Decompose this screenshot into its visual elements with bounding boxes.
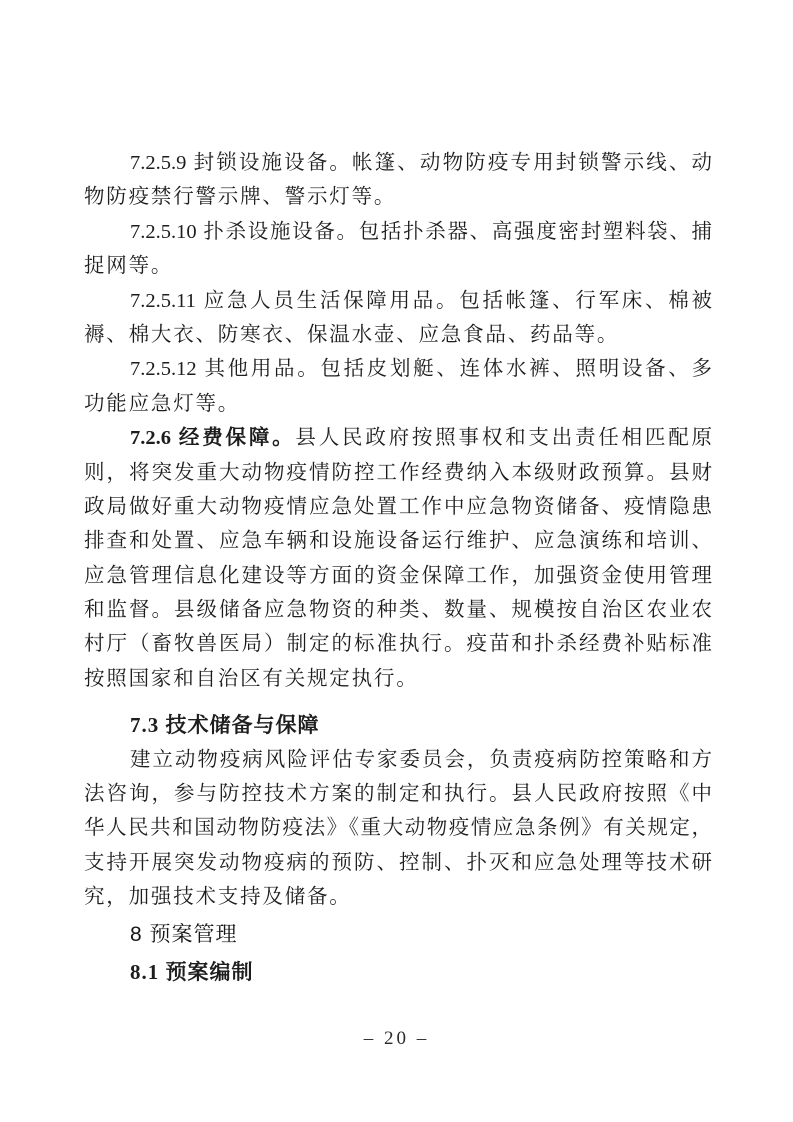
- text-segment: 按照国家和自治区有关规定执行。: [84, 668, 419, 690]
- text-line: 按照国家和自治区有关规定执行。: [84, 662, 712, 696]
- text-segment: 法咨询，参与防控技术方案的制定和执行。县人民政府按照《中: [84, 783, 712, 805]
- text-line: 物防疫禁行警示牌、警示灯等。: [84, 180, 712, 214]
- text-segment: 7.2.5.12 其他用品。包括皮划艇、连体水裤、照明设备、多: [130, 358, 712, 380]
- text-line: 7.2.5.9 封锁设施设备。帐篷、动物防疫专用封锁警示线、动: [84, 146, 712, 180]
- section-heading: 8 预案管理: [84, 918, 712, 952]
- text-segment: 县人民政府按照事权和支出责任相匹配原: [295, 427, 712, 449]
- text-segment: 7.2.5.11 应急人员生活保障用品。包括帐篷、行军床、棉被: [130, 290, 712, 312]
- text-line: 功能应急灯等。: [84, 387, 712, 421]
- text-segment: 村厅（畜牧兽医局）制定的标准执行。疫苗和扑杀经费补贴标准: [84, 633, 712, 655]
- text-line: 7.2.6 经费保障。县人民政府按照事权和支出责任相匹配原: [84, 421, 712, 455]
- text-segment: 政局做好重大动物疫情应急处置工作中应急物资储备、疫情隐患: [84, 496, 712, 518]
- text-line: 和监督。县级储备应急物资的种类、数量、规模按自治区农业农: [84, 593, 712, 627]
- bold-run-in-heading: 7.2.6 经费保障。: [130, 427, 295, 449]
- text-line: 8 预案管理: [84, 918, 712, 952]
- text-segment: 7.2.5.10 扑杀设施设备。包括扑杀器、高强度密封塑料袋、捕: [130, 221, 712, 243]
- text-segment: 则，将突发重大动物疫情防控工作经费纳入本级财政预算。县财: [84, 462, 712, 484]
- text-line: 村厅（畜牧兽医局）制定的标准执行。疫苗和扑杀经费补贴标准: [84, 627, 712, 661]
- text-segment: 功能应急灯等。: [84, 393, 240, 415]
- text-line: 8.1 预案编制: [84, 955, 712, 989]
- text-segment: 支持开展突发动物疫病的预防、控制、扑灭和应急处理等技术研: [84, 852, 712, 874]
- page-number: – 20 –: [364, 1028, 430, 1049]
- paragraph: 7.2.5.9 封锁设施设备。帐篷、动物防疫专用封锁警示线、动物防疫禁行警示牌、…: [84, 146, 712, 215]
- text-segment: 捉网等。: [84, 255, 173, 277]
- text-line: 则，将突发重大动物疫情防控工作经费纳入本级财政预算。县财: [84, 456, 712, 490]
- text-segment: 和监督。县级储备应急物资的种类、数量、规模按自治区农业农: [84, 599, 712, 621]
- text-segment: 8 预案管理: [130, 923, 238, 946]
- text-segment: 褥、棉大衣、防寒衣、保温水壶、应急食品、药品等。: [84, 324, 619, 346]
- text-line: 褥、棉大衣、防寒衣、保温水壶、应急食品、药品等。: [84, 318, 712, 352]
- text-segment: 建立动物疫病风险评估专家委员会，负责疫病防控策略和方: [130, 749, 712, 771]
- paragraph: 7.2.5.10 扑杀设施设备。包括扑杀器、高强度密封塑料袋、捕捉网等。: [84, 215, 712, 284]
- text-line: 7.2.5.10 扑杀设施设备。包括扑杀器、高强度密封塑料袋、捕: [84, 215, 712, 249]
- bold-run-in-heading: 7.3 技术储备与保障: [130, 713, 320, 737]
- paragraph: 7.2.5.12 其他用品。包括皮划艇、连体水裤、照明设备、多功能应急灯等。: [84, 352, 712, 421]
- text-line: 法咨询，参与防控技术方案的制定和执行。县人民政府按照《中: [84, 777, 712, 811]
- paragraph: 7.2.5.11 应急人员生活保障用品。包括帐篷、行军床、棉被褥、棉大衣、防寒衣…: [84, 284, 712, 353]
- text-segment: 究，加强技术支持及储备。: [84, 886, 352, 908]
- text-segment: 7.2.5.9 封锁设施设备。帐篷、动物防疫专用封锁警示线、动: [130, 152, 712, 174]
- text-line: 7.2.5.12 其他用品。包括皮划艇、连体水裤、照明设备、多: [84, 352, 712, 386]
- text-segment: 应急管理信息化建设等方面的资金保障工作，加强资金使用管理: [84, 565, 712, 587]
- text-segment: 物防疫禁行警示牌、警示灯等。: [84, 186, 396, 208]
- text-line: 政局做好重大动物疫情应急处置工作中应急物资储备、疫情隐患: [84, 490, 712, 524]
- bold-run-in-heading: 8.1 预案编制: [130, 960, 254, 984]
- text-line: 建立动物疫病风险评估专家委员会，负责疫病防控策略和方: [84, 743, 712, 777]
- section-heading: 8.1 预案编制: [84, 955, 712, 989]
- text-segment: 排查和处置、应急车辆和设施设备运行维护、应急演练和培训、: [84, 530, 712, 552]
- document-page: 7.2.5.9 封锁设施设备。帐篷、动物防疫专用封锁警示线、动物防疫禁行警示牌、…: [0, 0, 793, 1122]
- page-footer: – 20 –: [0, 1028, 793, 1050]
- document-content: 7.2.5.9 封锁设施设备。帐篷、动物防疫专用封锁警示线、动物防疫禁行警示牌、…: [84, 146, 712, 989]
- text-line: 究，加强技术支持及储备。: [84, 880, 712, 914]
- paragraph: 建立动物疫病风险评估专家委员会，负责疫病防控策略和方法咨询，参与防控技术方案的制…: [84, 743, 712, 915]
- text-line: 捉网等。: [84, 249, 712, 283]
- text-line: 应急管理信息化建设等方面的资金保障工作，加强资金使用管理: [84, 559, 712, 593]
- text-line: 排查和处置、应急车辆和设施设备运行维护、应急演练和培训、: [84, 524, 712, 558]
- text-line: 7.3 技术储备与保障: [84, 708, 712, 742]
- text-line: 支持开展突发动物疫病的预防、控制、扑灭和应急处理等技术研: [84, 846, 712, 880]
- section-heading: 7.3 技术储备与保障: [84, 708, 712, 742]
- text-line: 7.2.5.11 应急人员生活保障用品。包括帐篷、行军床、棉被: [84, 284, 712, 318]
- text-line: 华人民共和国动物防疫法》《重大动物疫情应急条例》有关规定，: [84, 811, 712, 845]
- paragraph: 7.2.6 经费保障。县人民政府按照事权和支出责任相匹配原则，将突发重大动物疫情…: [84, 421, 712, 696]
- text-segment: 华人民共和国动物防疫法》《重大动物疫情应急条例》有关规定，: [84, 817, 712, 839]
